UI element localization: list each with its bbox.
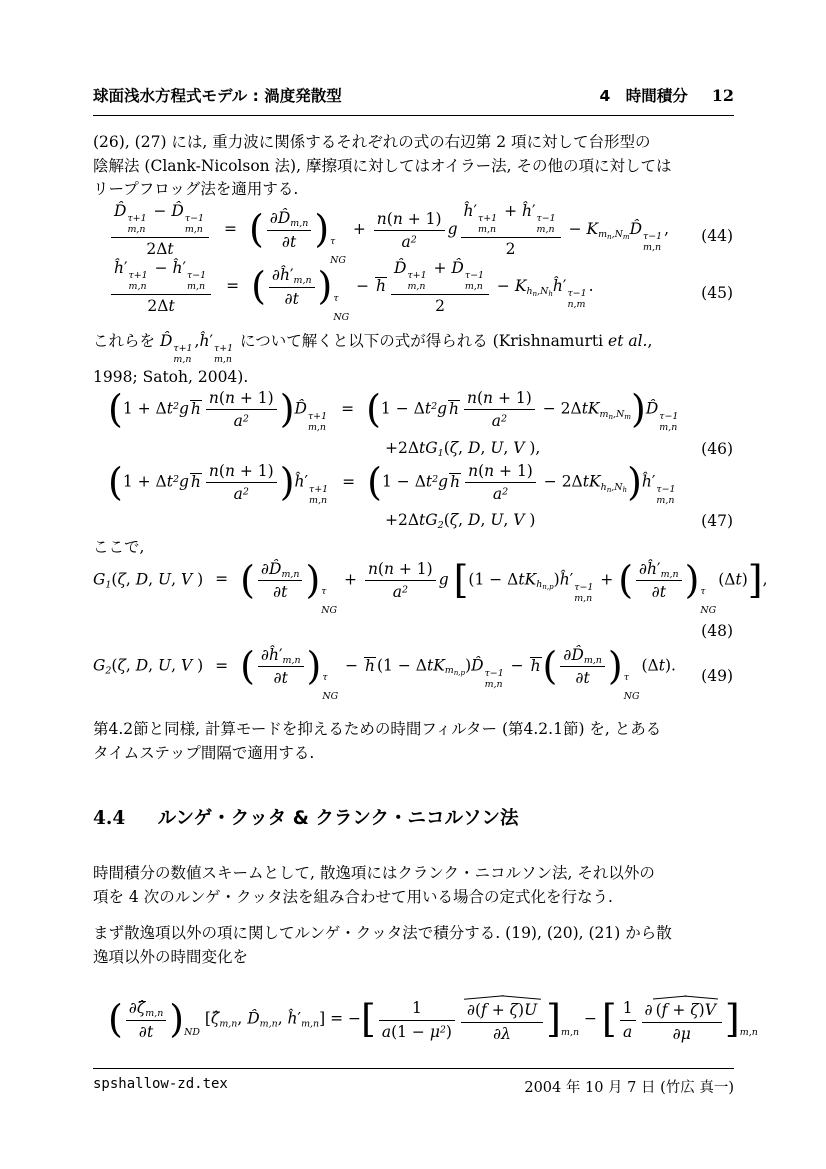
equation-47-label: (47) (701, 512, 733, 530)
equation-47-continuation: +2ΔtG2(ζ, D, U, V ) (385, 511, 535, 530)
paragraph-rk: まず散逸項以外の項に関してルンゲ・クッタ法で積分する. (19), (20), … (93, 922, 734, 969)
paragraph-line: 時間積分の数値スキームとして, 散逸項にはクランク・ニコルソン法, それ以外の (93, 862, 734, 886)
paragraph-line: タイムステップ間隔で適用する. (93, 742, 734, 766)
header-page-number: 12 (712, 86, 734, 105)
page-header: 球面浅水方程式モデル : 渦度発散型 4 時間積分 12 (93, 84, 734, 116)
equation-44: D̂τ+1m,n − D̂τ−1m,n2Δt=(∂D̂m,n∂t)τNG + n… (93, 208, 734, 264)
paragraph-line: 項を 4 次のルンゲ・クッタ法を組み合わせて用いる場合の定式化を行なう. (93, 886, 734, 910)
header-right: 4 時間積分 12 (599, 84, 734, 106)
header-section-title: 4 時間積分 (599, 84, 687, 106)
equation-runge-kutta: (∂ζ̂m,n∂t)ND [ζ̂m,n, D̂m,n, ĥ′m,n] = −[1… (93, 990, 734, 1050)
equation-49: G2(ζ, D, U, V )=(∂ĥ′m,n∂t)τNG − h(1 − Δt… (93, 646, 734, 706)
equation-46-continuation: +2ΔtG1(ζ, D, U, V ), (385, 439, 540, 458)
paragraph-line: 陰解法 (Clank-Nicolson 法), 摩擦項に対してはオイラー法, そ… (93, 155, 734, 179)
equation-48: G1(ζ, D, U, V )=(∂D̂m,n∂t)τNG + n(n + 1)… (93, 558, 734, 622)
paragraph-line: ここで, (93, 536, 734, 560)
equation-45-label: (45) (701, 284, 733, 302)
equation-47-line2: +2ΔtG2(ζ, D, U, V ) (47) (93, 510, 734, 532)
equation-47-line1: (1 + Δt2ghn(n + 1)a2)ĥ′τ+1m,n=(1 − Δt2gh… (93, 458, 734, 510)
equation-48-label: (48) (701, 622, 733, 640)
paragraph-solve: これらを D̂τ+1m,n,ĥ′τ+1m,n について解くと以下の式が得られる … (93, 330, 734, 389)
paragraph-line: 第4.2節と同様, 計算モードを抑えるための時間フィルター (第4.2.1節) … (93, 718, 734, 742)
paragraph-koko: ここで, (93, 536, 734, 560)
equation-48-label-row: (48) (93, 622, 734, 644)
document-page: 球面浅水方程式モデル : 渦度発散型 4 時間積分 12 (26), (27) … (0, 0, 826, 1169)
equation-46-label: (46) (701, 440, 733, 458)
paragraph-intro: (26), (27) には, 重力波に関係するそれぞれの式の右辺第 2 項に対し… (93, 131, 734, 202)
equation-45: ĥ′τ+1m,n − ĥ′τ−1m,n2Δt=(∂ĥ′m,n∂t)τNG − h… (93, 264, 734, 322)
footer-date: 2004 年 10 月 7 日 (竹広 真一) (524, 1076, 734, 1097)
equation-46-line2: +2ΔtG1(ζ, D, U, V ), (46) (93, 438, 734, 460)
paragraph-line: 逸項以外の時間変化を (93, 946, 734, 970)
section-heading: 4.4 ルンゲ・クッタ & クランク・ニコルソン法 (93, 804, 734, 830)
equation-49-label: (49) (701, 667, 733, 685)
paragraph-line: これらを D̂τ+1m,n,ĥ′τ+1m,n について解くと以下の式が得られる … (93, 330, 734, 366)
equation-46-line1: (1 + Δt2ghn(n + 1)a2)D̂τ+1m,n=(1 − Δt2gh… (93, 384, 734, 438)
paragraph-line: まず散逸項以外の項に関してルンゲ・クッタ法で積分する. (19), (20), … (93, 922, 734, 946)
equation-44-label: (44) (701, 227, 733, 245)
equation-45-body: ĥ′τ+1m,n − ĥ′τ−1m,n2Δt=(∂ĥ′m,n∂t)τNG − h… (108, 258, 594, 328)
footer-filename: spshallow-zd.tex (93, 1076, 228, 1097)
paragraph-filter: 第4.2節と同様, 計算モードを抑えるための時間フィルター (第4.2.1節) … (93, 718, 734, 765)
equation-47-body: (1 + Δt2ghn(n + 1)a2)ĥ′τ+1m,n=(1 − Δt2gh… (108, 461, 678, 507)
equation-49-body: G2(ζ, D, U, V )=(∂ĥ′m,n∂t)τNG − h(1 − Δt… (93, 645, 676, 707)
paragraph-line: (26), (27) には, 重力波に関係するそれぞれの式の右辺第 2 項に対し… (93, 131, 734, 155)
section-number: 4.4 (93, 808, 125, 829)
equation-46-body: (1 + Δt2ghn(n + 1)a2)D̂τ+1m,n=(1 − Δt2gh… (108, 388, 680, 434)
equation-48-body: G1(ζ, D, U, V )=(∂D̂m,n∂t)τNG + n(n + 1)… (93, 559, 768, 621)
paragraph-scheme: 時間積分の数値スキームとして, 散逸項にはクランク・ニコルソン法, それ以外の … (93, 862, 734, 909)
header-document-title: 球面浅水方程式モデル : 渦度発散型 (93, 84, 342, 106)
equation-rk-body: (∂ζ̂m,n∂t)ND [ζ̂m,n, D̂m,n, ĥ′m,n] = −[1… (108, 996, 758, 1043)
page-footer: spshallow-zd.tex 2004 年 10 月 7 日 (竹広 真一) (93, 1068, 734, 1097)
paragraph-line: リープフロッグ法を適用する. (93, 178, 734, 202)
section-title: ルンゲ・クッタ & クランク・ニコルソン法 (158, 808, 519, 829)
